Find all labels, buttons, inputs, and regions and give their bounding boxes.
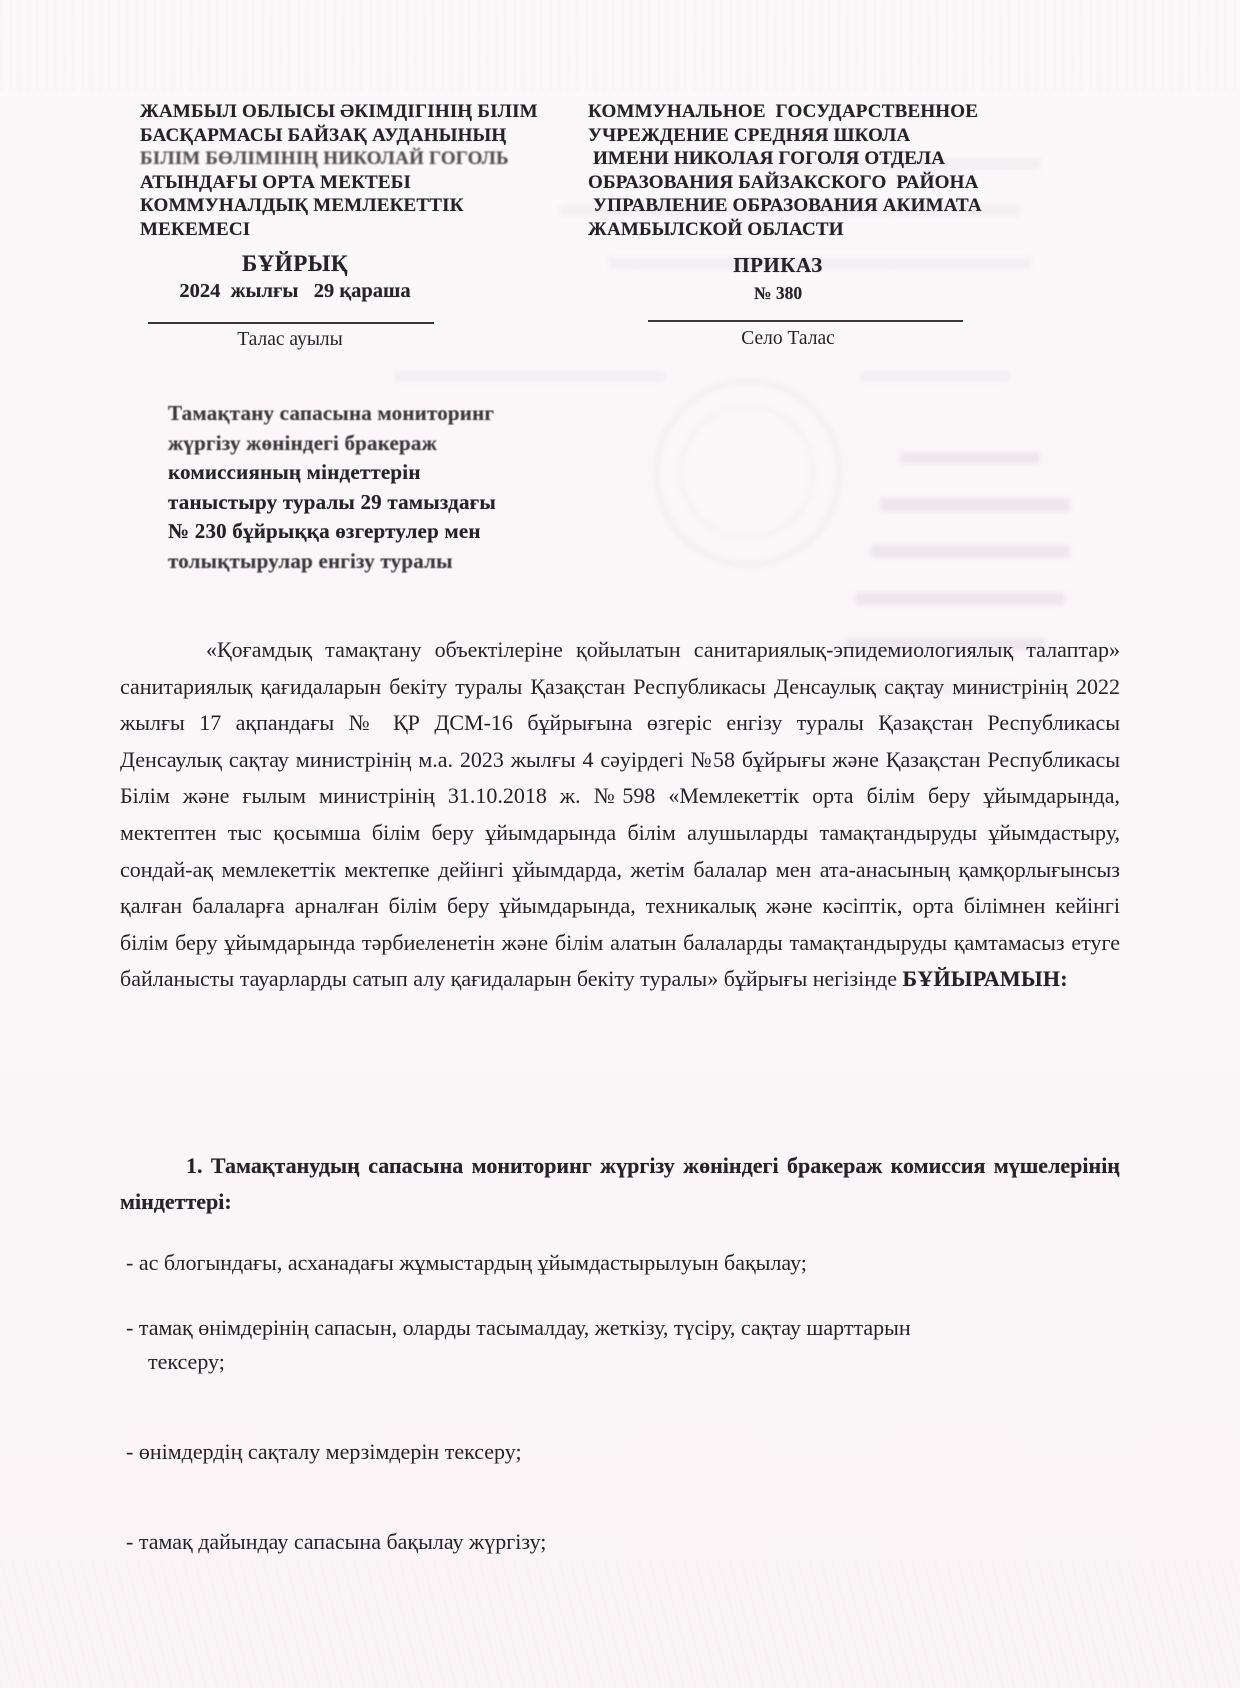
letterhead-line: УПРАВЛЕНИЕ ОБРАЗОВАНИЯ АКИМАТА [588, 194, 1068, 218]
bleedthrough-line [880, 498, 1070, 512]
duty-item: - тамақ өнімдерінің сапасын, оларды тасы… [126, 1311, 992, 1379]
divider-line-right [648, 320, 963, 322]
subject-line: жүргізу жөніндегі бракераж [168, 429, 608, 459]
letterhead-line: ИМЕНИ НИКОЛАЯ ГОГОЛЯ ОТДЕЛА [588, 147, 1068, 171]
order-title-kz: БҰЙРЫҚ [140, 251, 450, 277]
letterhead-line: БАСҚАРМАСЫ БАЙЗАҚ АУДАНЫНЫҢ [140, 124, 560, 148]
duties-list: - ас блогындағы, асханадағы жұмыстардың … [126, 1246, 992, 1590]
bleedthrough-line [855, 592, 1065, 605]
order-date: 2024 жылғы 29 қараша [140, 280, 450, 303]
bleedthrough-stamp-inner [680, 405, 814, 539]
subject-line: комиссияның міндеттерін [168, 458, 608, 488]
section-1-heading-block: 1. Тамақтанудың сапасына мониторинг жүрг… [120, 1148, 1120, 1220]
letterhead-russian: КОММУНАЛЬНОЕ ГОСУДАРСТВЕННОЕ УЧРЕЖДЕНИЕ … [588, 100, 1068, 242]
bleedthrough-line [900, 452, 1040, 464]
divider-line-left [148, 322, 434, 324]
bleedthrough-stamp [655, 380, 841, 566]
order-caption-kazakh: БҰЙРЫҚ 2024 жылғы 29 қараша [140, 251, 450, 303]
order-verb: БҰЙЫРАМЫН: [902, 966, 1067, 991]
bleedthrough-line [860, 371, 1010, 382]
subject-line: Тамақтану сапасына мониторинг [168, 399, 608, 429]
letterhead-line: КОММУНАЛЬНОЕ ГОСУДАРСТВЕННОЕ [588, 100, 1068, 124]
order-number: № 380 [623, 283, 933, 304]
scan-noise-top [0, 0, 1240, 90]
place-kazakh: Талас ауылы [140, 329, 440, 351]
bleedthrough-line [395, 371, 665, 382]
preamble-text: «Қоғамдық тамақтану объектілеріне қойыла… [120, 637, 1120, 991]
order-title-ru: ПРИКАЗ [623, 253, 933, 278]
duty-item: - тамақ дайындау сапасына бақылау жүргіз… [126, 1525, 992, 1559]
duty-item: - өнімдердің сақталу мерзімдерін тексеру… [126, 1435, 992, 1469]
letterhead-line: ЖАМБЫЛСКОЙ ОБЛАСТИ [588, 218, 1068, 242]
order-caption-russian: ПРИКАЗ № 380 [623, 253, 933, 304]
place-russian: Село Талас [623, 328, 953, 350]
letterhead-kazakh: ЖАМБЫЛ ОБЛЫСЫ ӘКІМДІГІНІҢ БІЛІМ БАСҚАРМА… [140, 100, 560, 242]
letterhead-line: БІЛІМ БӨЛІМІНІҢ НИКОЛАЙ ГОГОЛЬ [140, 147, 560, 171]
subject-line: № 230 бұйрыққа өзгертулер мен [168, 517, 608, 547]
order-preamble: «Қоғамдық тамақтану объектілеріне қойыла… [120, 632, 1120, 998]
order-subject: Тамақтану сапасына мониторинг жүргізу жө… [168, 399, 608, 577]
bleedthrough-line [870, 545, 1070, 558]
letterhead-line: ЖАМБЫЛ ОБЛЫСЫ ӘКІМДІГІНІҢ БІЛІМ [140, 100, 560, 124]
letterhead-line: АТЫНДАҒЫ ОРТА МЕКТЕБІ [140, 171, 560, 195]
subject-line: таныстыру туралы 29 тамыздағы [168, 488, 608, 518]
letterhead-line: КОММУНАЛДЫҚ МЕМЛЕКЕТТІК [140, 194, 560, 218]
section-1-heading: 1. Тамақтанудың сапасына мониторинг жүрг… [120, 1148, 1120, 1220]
duty-item: - ас блогындағы, асханадағы жұмыстардың … [126, 1246, 992, 1280]
letterhead-line: МЕКЕМЕСІ [140, 218, 560, 242]
subject-line: толықтырулар енгізу туралы [168, 547, 608, 577]
scanned-order-document: ЖАМБЫЛ ОБЛЫСЫ ӘКІМДІГІНІҢ БІЛІМ БАСҚАРМА… [0, 0, 1240, 1688]
letterhead-line: ОБРАЗОВАНИЯ БАЙЗАКСКОГО РАЙОНА [588, 171, 1068, 195]
letterhead-line: УЧРЕЖДЕНИЕ СРЕДНЯЯ ШКОЛА [588, 124, 1068, 148]
